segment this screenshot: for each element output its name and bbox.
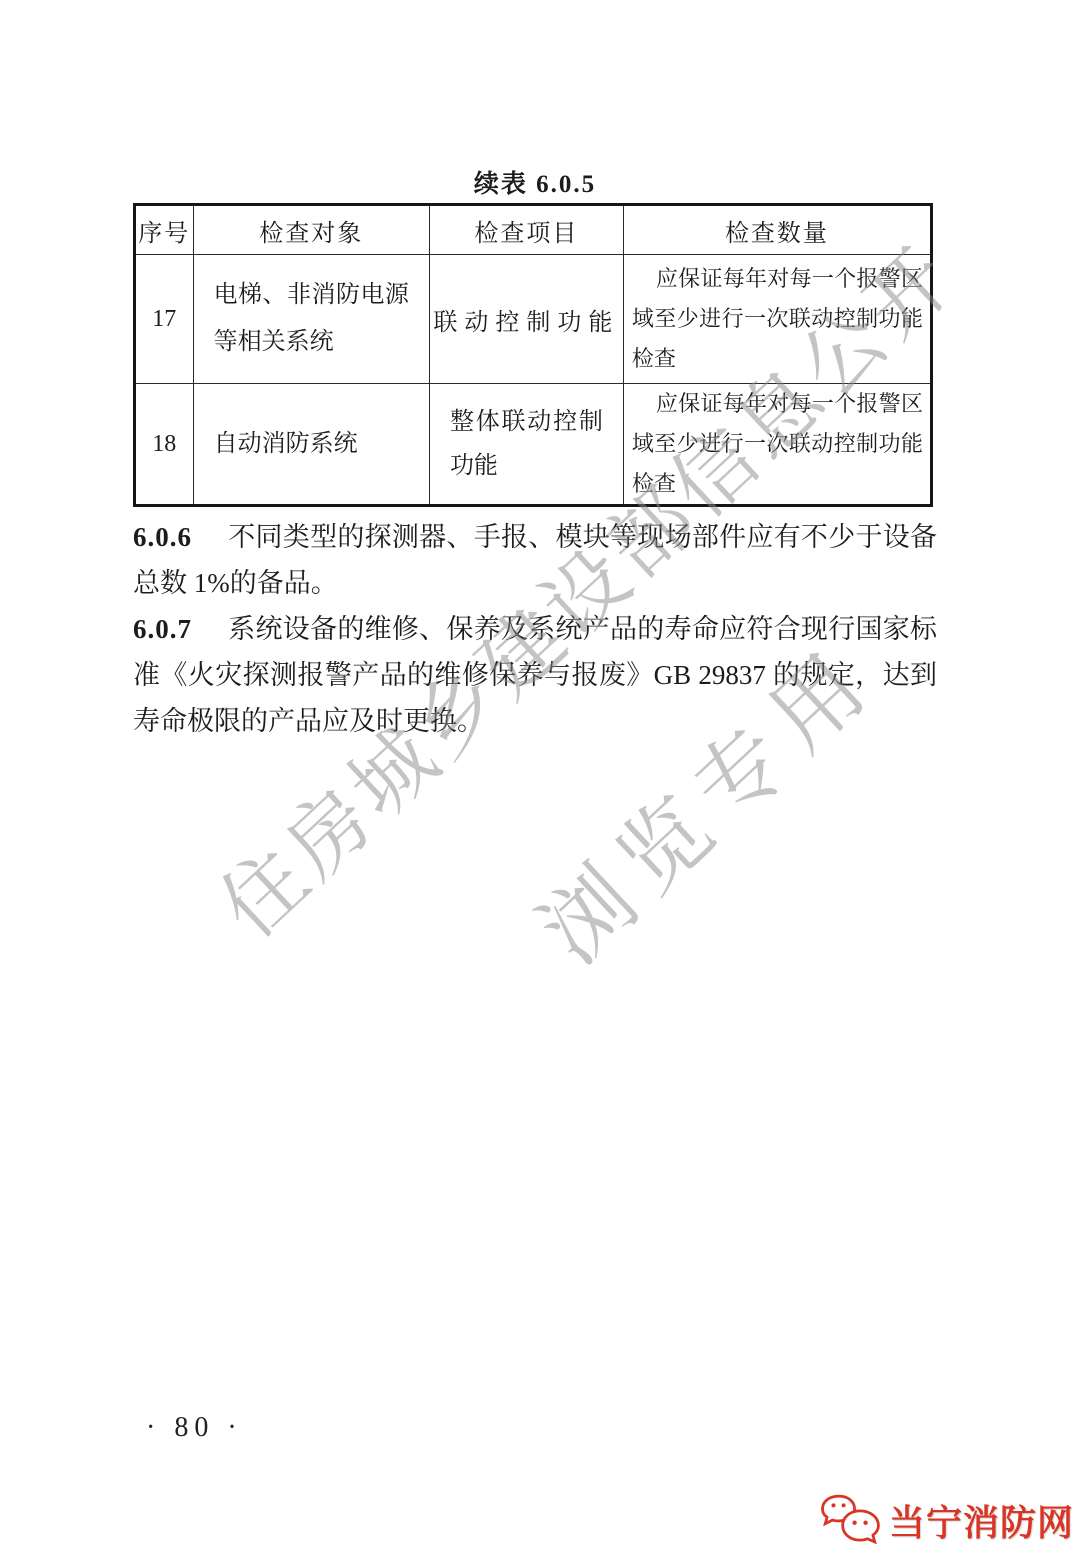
page-number: · 80 · [146, 1412, 243, 1444]
cell-quantity-text: 应保证每年对每一个报警区域至少进行一次联动控制功能检查 [632, 259, 923, 379]
column-header-object: 检查对象 [193, 205, 429, 255]
document-page: 续表 6.0.5 序号 检查对象 检查项目 检查数量 17 电梯、非消防电源等相… [0, 0, 1080, 1566]
column-header-item: 检查项目 [429, 205, 623, 255]
table-title: 续表 6.0.5 [133, 164, 937, 200]
clause-number: 6.0.7 [133, 614, 228, 644]
chat-bubbles-icon [817, 1492, 883, 1548]
cell-item: 联动控制功能 [429, 255, 623, 384]
inspection-table: 序号 检查对象 检查项目 检查数量 17 电梯、非消防电源等相关系统 联动控制功… [133, 203, 933, 507]
clause-text: 系统设备的维修、保养及系统产品的寿命应符合现行国家标准《火灾探测报警产品的维修保… [133, 614, 937, 736]
cell-object: 电梯、非消防电源等相关系统 [193, 255, 429, 384]
site-logo: 当宁消防网 [817, 1492, 1074, 1548]
cell-quantity-text: 应保证每年对每一个报警区域至少进行一次联动控制功能检查 [632, 384, 923, 504]
paragraph-6-0-6: 6.0.6不同类型的探测器、手报、模块等现场部件应有不少于设备总数 1%的备品。 [133, 514, 937, 606]
cell-object: 自动消防系统 [193, 384, 429, 506]
paragraph-6-0-7: 6.0.7系统设备的维修、保养及系统产品的寿命应符合现行国家标准《火灾探测报警产… [133, 606, 937, 744]
cell-item-text: 整体联动控制功能 [450, 400, 603, 488]
cell-object-text: 自动消防系统 [214, 421, 409, 468]
table-row: 18 自动消防系统 整体联动控制功能 应保证每年对每一个报警区域至少进行一次联动… [135, 384, 932, 506]
clause-number: 6.0.6 [133, 522, 228, 552]
cell-quantity: 应保证每年对每一个报警区域至少进行一次联动控制功能检查 [623, 255, 931, 384]
cell-object-text: 电梯、非消防电源等相关系统 [214, 272, 409, 366]
site-logo-text: 当宁消防网 [889, 1495, 1074, 1546]
clause-text: 不同类型的探测器、手报、模块等现场部件应有不少于设备总数 1%的备品。 [133, 522, 937, 598]
column-header-quantity: 检查数量 [623, 205, 931, 255]
table-header-row: 序号 检查对象 检查项目 检查数量 [135, 205, 932, 255]
body-text: 6.0.6不同类型的探测器、手报、模块等现场部件应有不少于设备总数 1%的备品。… [133, 514, 937, 744]
column-header-seq: 序号 [135, 205, 194, 255]
cell-item-text: 联动控制功能 [430, 302, 623, 337]
cell-quantity: 应保证每年对每一个报警区域至少进行一次联动控制功能检查 [623, 384, 931, 506]
cell-seq: 17 [135, 255, 194, 384]
cell-seq: 18 [135, 384, 194, 506]
cell-item: 整体联动控制功能 [429, 384, 623, 506]
table-row: 17 电梯、非消防电源等相关系统 联动控制功能 应保证每年对每一个报警区域至少进… [135, 255, 932, 384]
